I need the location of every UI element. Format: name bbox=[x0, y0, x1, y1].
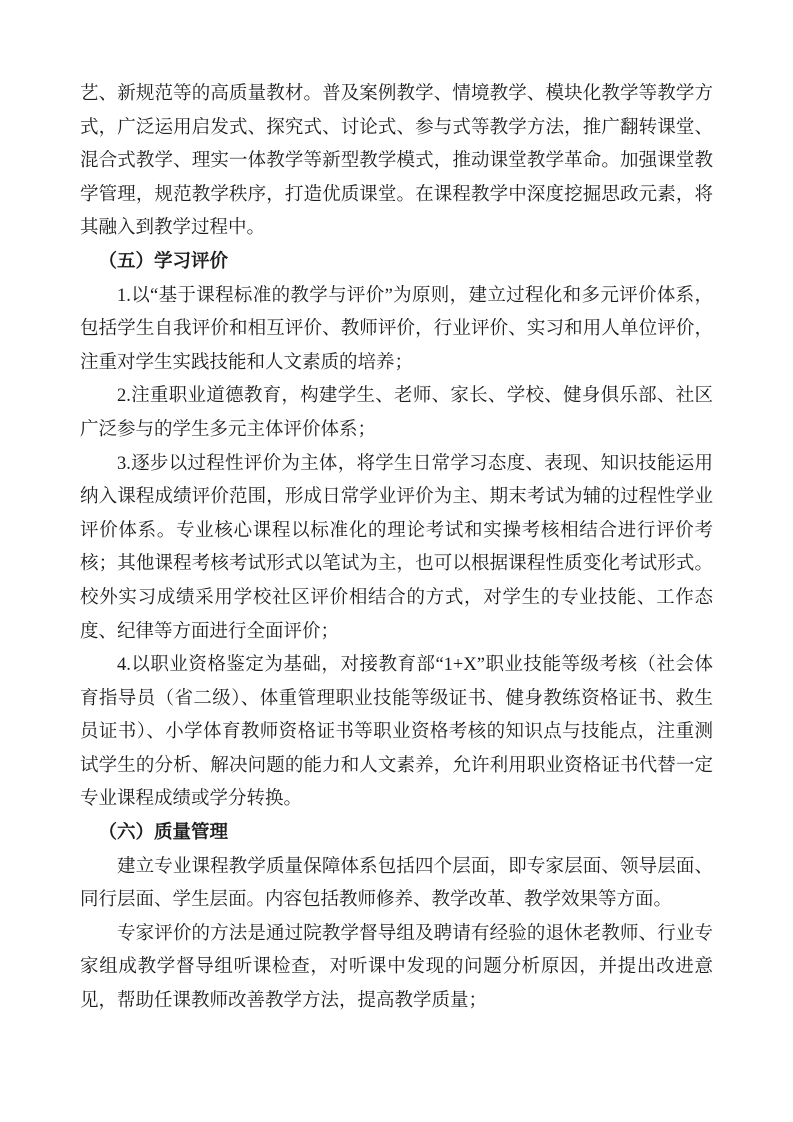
document-content: 艺、新规范等的高质量教材。普及案例教学、情境教学、模块化教学等教学方式，广泛运用… bbox=[80, 78, 713, 1019]
document-page: 艺、新规范等的高质量教材。普及案例教学、情境教学、模块化教学等教学方式，广泛运用… bbox=[0, 0, 793, 1122]
section-heading-quality-management: （六）质量管理 bbox=[80, 817, 713, 851]
paragraph-evaluation-item-4: 4.以职业资格鉴定为基础，对接教育部“1+X”职业技能等级考核（社会体育指导员（… bbox=[80, 649, 713, 817]
paragraph-expert-evaluation: 专家评价的方法是通过院教学督导组及聘请有经验的退休老教师、行业专家组成教学督导组… bbox=[80, 918, 713, 1019]
paragraph-evaluation-item-2: 2.注重职业道德教育，构建学生、老师、家长、学校、健身俱乐部、社区广泛参与的学生… bbox=[80, 380, 713, 447]
section-heading-learning-evaluation: （五）学习评价 bbox=[80, 246, 713, 280]
paragraph-teaching-methods: 艺、新规范等的高质量教材。普及案例教学、情境教学、模块化教学等教学方式，广泛运用… bbox=[80, 78, 713, 246]
paragraph-quality-system: 建立专业课程教学质量保障体系包括四个层面，即专家层面、领导层面、同行层面、学生层… bbox=[80, 851, 713, 918]
paragraph-evaluation-item-1: 1.以“基于课程标准的教学与评价”为原则，建立过程化和多元评价体系，包括学生自我… bbox=[80, 280, 713, 381]
paragraph-evaluation-item-3: 3.逐步以过程性评价为主体，将学生日常学习态度、表现、知识技能运用纳入课程成绩评… bbox=[80, 448, 713, 650]
